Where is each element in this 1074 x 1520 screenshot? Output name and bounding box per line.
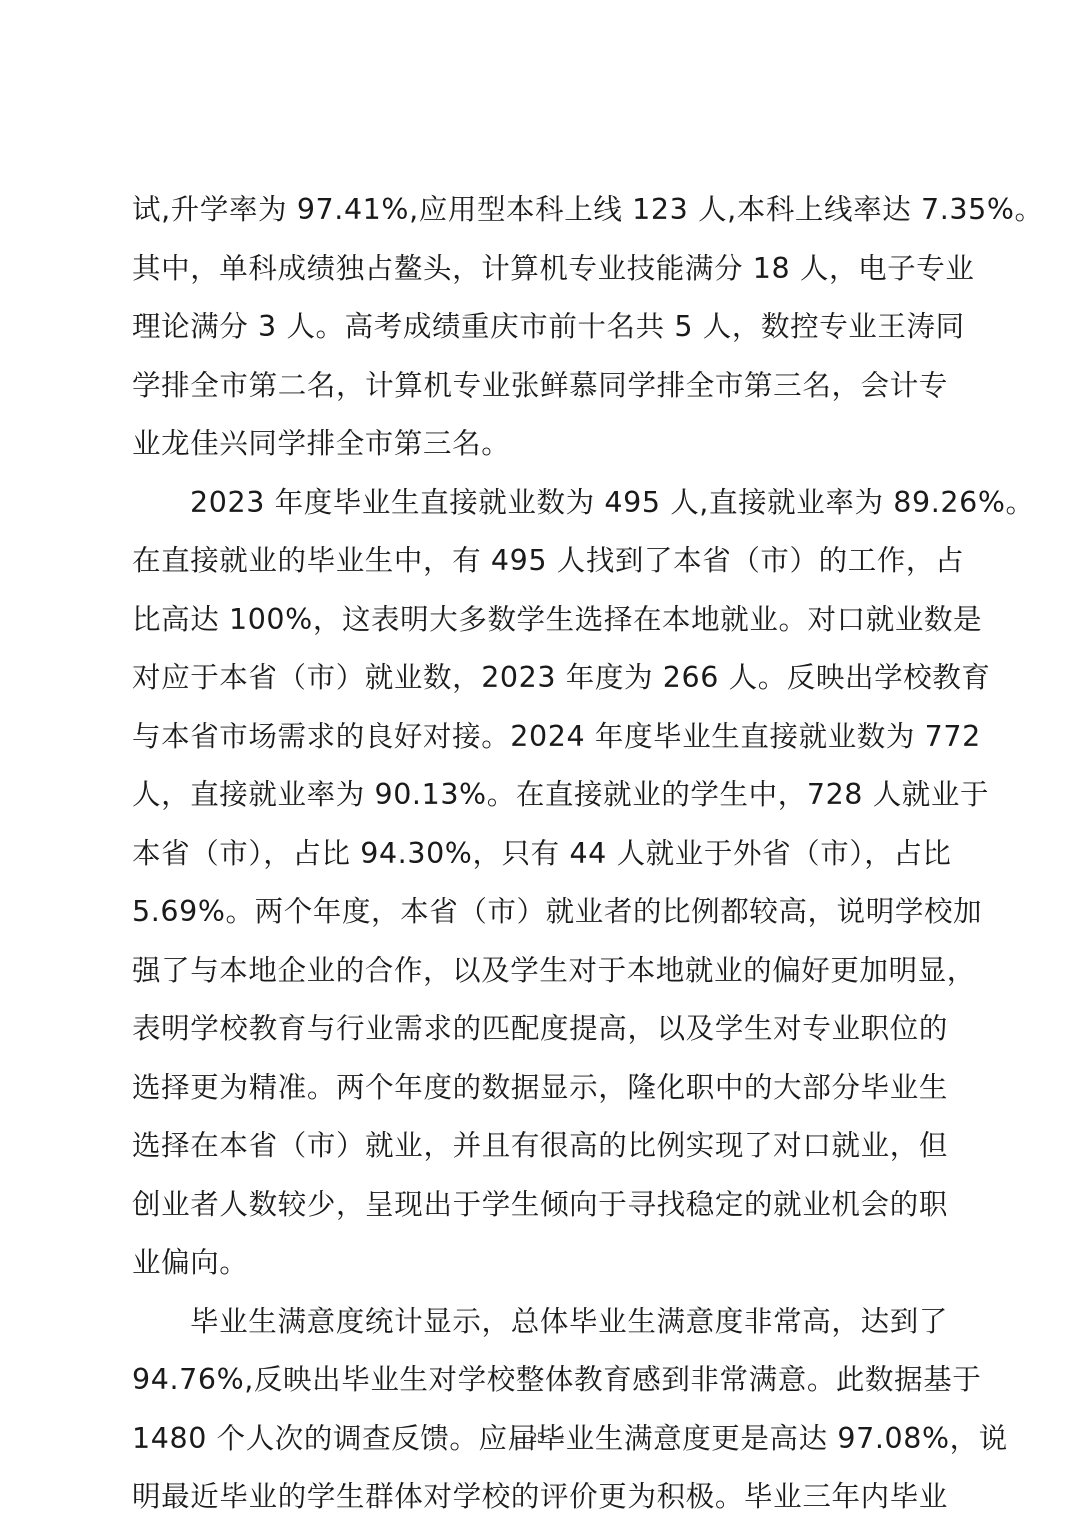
page-number: — 25 —	[0, 1428, 1074, 1448]
paragraph-2-line-7: 本省（市），占比 94.30%，只有 44 人就业于外省（市），占比	[132, 834, 948, 874]
paragraph-2-line-9: 强了与本地企业的合作，以及学生对于本地就业的偏好更加明显，	[132, 951, 948, 991]
paragraph-1-line-3: 理论满分 3 人。高考成绩重庆市前十名共 5 人，数控专业王涛同	[132, 307, 948, 347]
paragraph-3-line-2: 94.76%,反映出毕业生对学校整体教育感到非常满意。此数据基于	[132, 1360, 948, 1400]
paragraph-1-line-1: 试,升学率为 97.41%,应用型本科上线 123 人,本科上线率达 7.35%…	[132, 190, 948, 230]
paragraph-2-line-13: 创业者人数较少，呈现出于学生倾向于寻找稳定的就业机会的职	[132, 1185, 948, 1225]
paragraph-3-line-4: 明最近毕业的学生群体对学校的评价更为积极。毕业三年内毕业	[132, 1477, 948, 1517]
paragraph-2-line-4: 对应于本省（市）就业数，2023 年度为 266 人。反映出学校教育	[132, 658, 948, 698]
paragraph-2-line-6: 人，直接就业率为 90.13%。在直接就业的学生中，728 人就业于	[132, 775, 948, 815]
paragraph-3-line-1: 毕业生满意度统计显示，总体毕业生满意度非常高，达到了	[190, 1302, 948, 1342]
paragraph-2-line-10: 表明学校教育与行业需求的匹配度提高，以及学生对专业职位的	[132, 1009, 948, 1049]
paragraph-1-line-4: 学排全市第二名，计算机专业张鲜慕同学排全市第三名，会计专	[132, 366, 948, 406]
paragraph-2-line-3: 比高达 100%，这表明大多数学生选择在本地就业。对口就业数是	[132, 600, 948, 640]
paragraph-2-line-14: 业偏向。	[132, 1243, 948, 1283]
paragraph-1-line-5: 业龙佳兴同学排全市第三名。	[132, 424, 948, 464]
paragraph-2-line-12: 选择在本省（市）就业，并且有很高的比例实现了对口就业，但	[132, 1126, 948, 1166]
paragraph-2-line-1: 2023 年度毕业生直接就业数为 495 人,直接就业率为 89.26%。	[190, 483, 948, 523]
paragraph-2-line-2: 在直接就业的毕业生中，有 495 人找到了本省（市）的工作，占	[132, 541, 948, 581]
paragraph-2-line-8: 5.69%。两个年度，本省（市）就业者的比例都较高，说明学校加	[132, 892, 948, 932]
paragraph-2-line-11: 选择更为精准。两个年度的数据显示，隆化职中的大部分毕业生	[132, 1068, 948, 1108]
paragraph-2-line-5: 与本省市场需求的良好对接。2024 年度毕业生直接就业数为 772	[132, 717, 948, 757]
document-page: 试,升学率为 97.41%,应用型本科上线 123 人,本科上线率达 7.35%…	[0, 0, 1074, 1520]
paragraph-1-line-2: 其中，单科成绩独占鳌头，计算机专业技能满分 18 人，电子专业	[132, 249, 948, 289]
